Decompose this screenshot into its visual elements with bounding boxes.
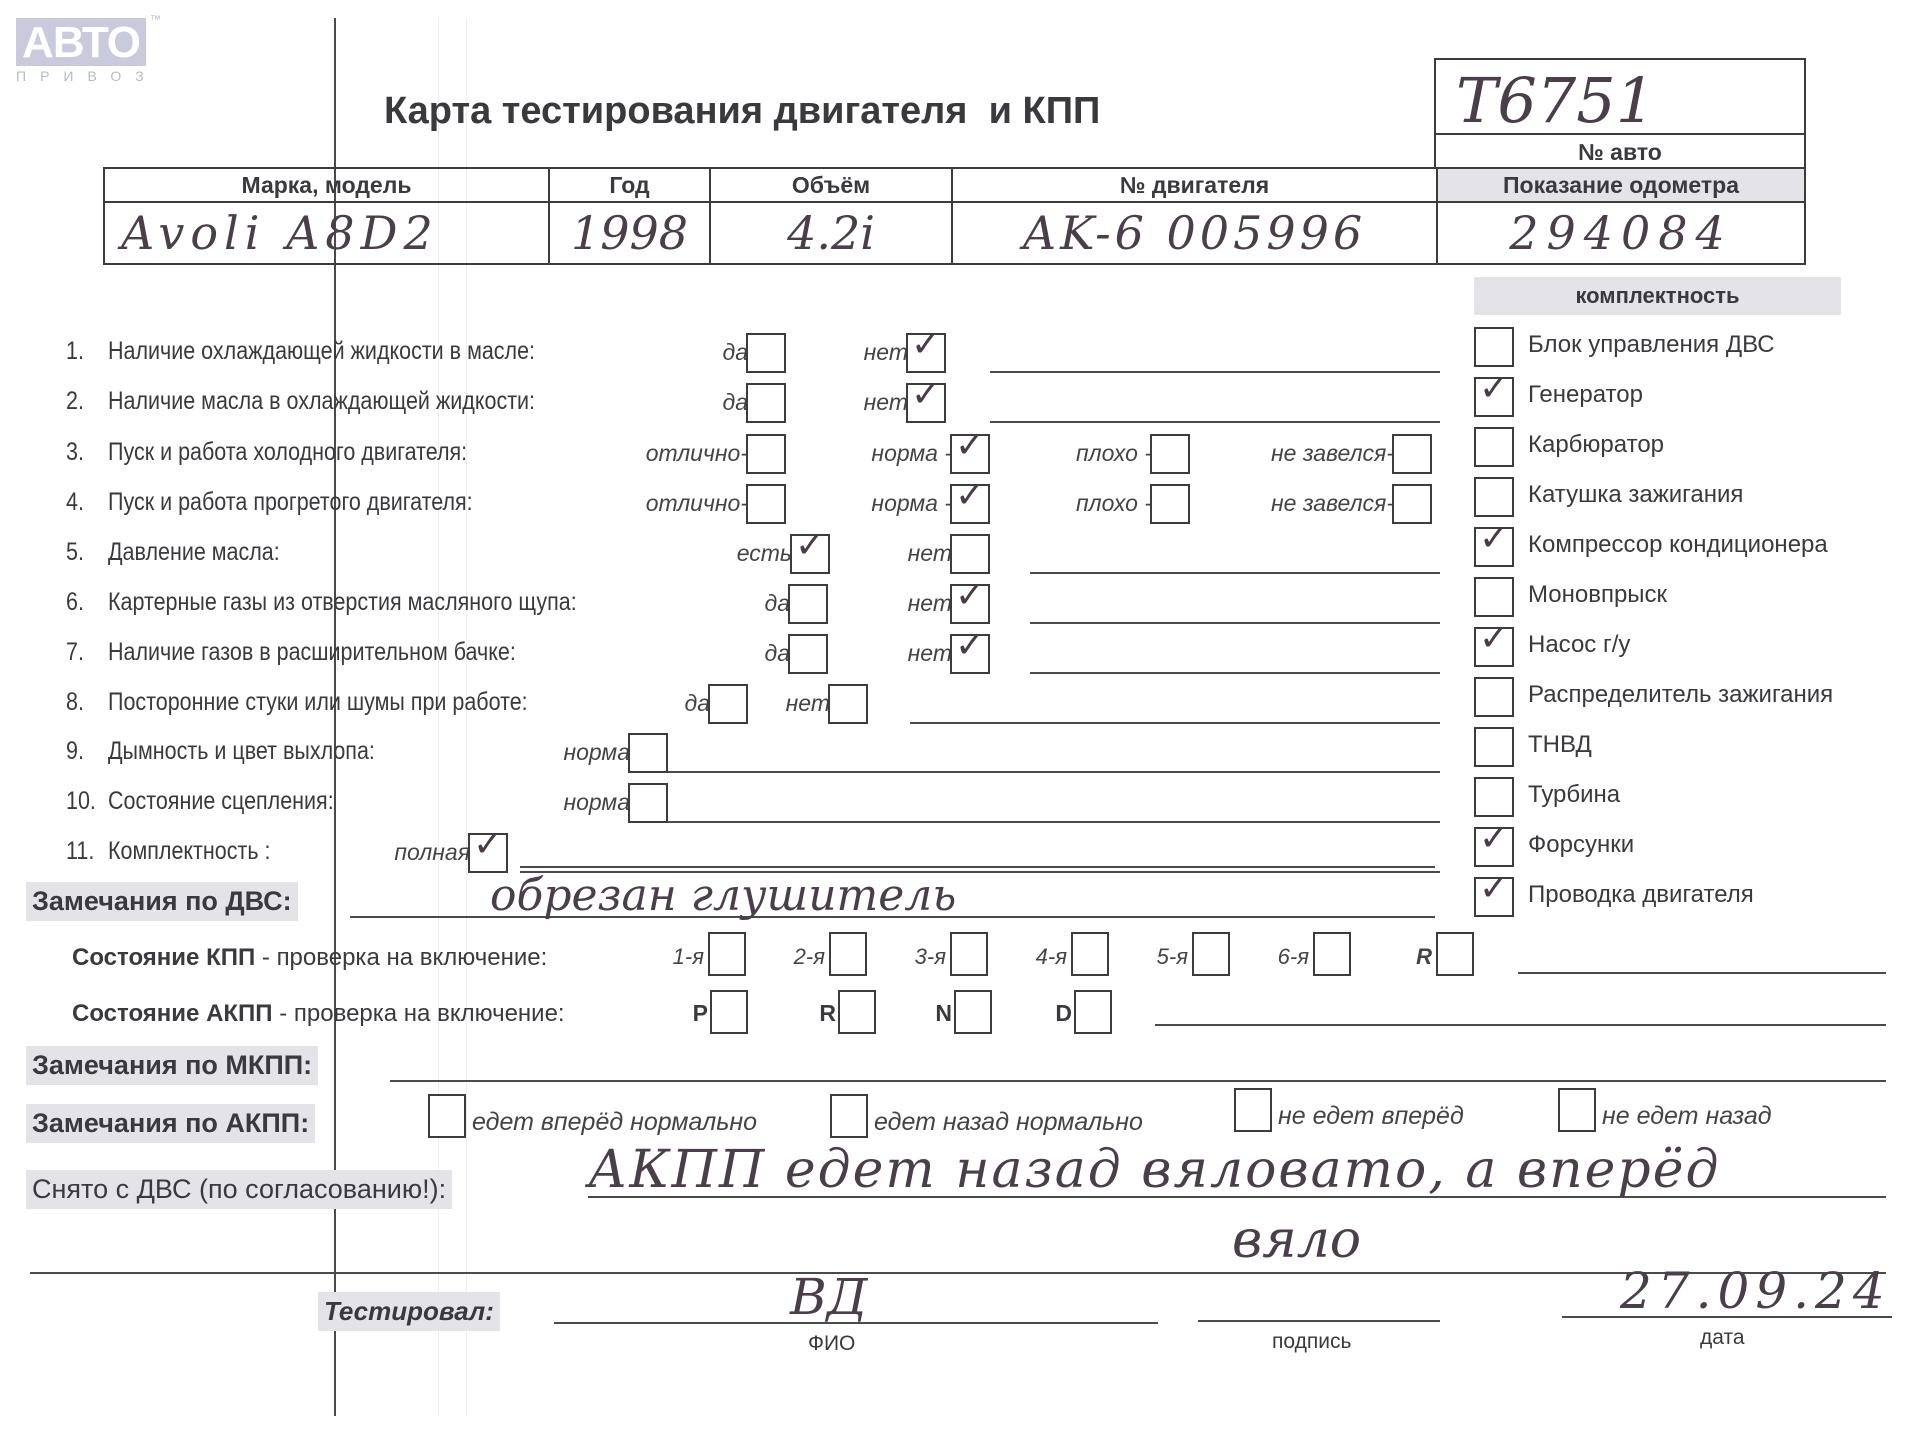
- brand-logo-subtitle: ПРИВОЗ: [16, 68, 158, 84]
- checklist-row-number: 6.: [66, 588, 84, 617]
- value-make-model: Avoli A8D2: [104, 202, 549, 264]
- akpp-option-label: едет вперёд нормально: [472, 1108, 757, 1137]
- note-line: [1030, 622, 1440, 624]
- option-label: не завелся-: [1271, 490, 1394, 517]
- option-checkbox[interactable]: [788, 584, 828, 624]
- checklist-row-number: 7.: [66, 638, 84, 667]
- akpp-option-label: едет назад нормально: [874, 1108, 1143, 1137]
- gear-label: 6-я: [1278, 944, 1309, 970]
- test-date[interactable]: 27.09.24: [1620, 1262, 1891, 1320]
- note-line: [990, 371, 1440, 373]
- removed-line-2: [30, 1272, 1886, 1274]
- completeness-item-label: Насос г/у: [1528, 631, 1630, 659]
- option-label: да: [684, 690, 710, 717]
- option-checkbox[interactable]: ✓: [906, 333, 946, 373]
- option-checkbox[interactable]: [708, 684, 748, 724]
- completeness-checkbox[interactable]: [1474, 427, 1514, 467]
- gear-checkbox[interactable]: [1074, 990, 1112, 1034]
- manual-gearbox-note-line: [1518, 972, 1886, 974]
- checklist-row-number: 3.: [66, 438, 84, 467]
- trademark-mark: ™: [150, 14, 161, 26]
- checklist-row-number: 9.: [66, 737, 84, 766]
- date-caption: дата: [1700, 1326, 1745, 1350]
- mkpp-remarks-label: Замечания по МКПП:: [26, 1046, 318, 1085]
- checkmark-icon: ✓: [1479, 621, 1509, 657]
- gear-label: P: [693, 1000, 708, 1027]
- option-checkbox[interactable]: [1392, 434, 1432, 474]
- checkmark-icon: ✓: [911, 327, 941, 363]
- value-volume: 4.2i: [710, 202, 952, 264]
- auto-gearbox-subtitle: - проверка на включение:: [273, 1000, 565, 1027]
- auto-gearbox-title: Состояние АКПП: [72, 1000, 273, 1027]
- akpp-option-label: не едет назад: [1602, 1102, 1772, 1131]
- engine-remarks-label: Замечания по ДВС:: [26, 882, 298, 921]
- header-make-model: Марка, модель: [104, 168, 549, 202]
- checkmark-icon: ✓: [1479, 371, 1509, 407]
- checklist-row-number: 10.: [66, 787, 96, 816]
- manual-gearbox-subtitle: - проверка на включение:: [255, 944, 547, 971]
- gear-checkbox[interactable]: [1192, 932, 1230, 976]
- akpp-option-checkbox[interactable]: [830, 1094, 868, 1138]
- option-label: нет: [908, 640, 952, 667]
- removed-label: Снято с ДВС (по согласованию!):: [26, 1170, 452, 1209]
- completeness-checkbox[interactable]: [1474, 677, 1514, 717]
- completeness-item-label: Компрессор кондиционера: [1528, 531, 1828, 559]
- engine-remarks-value[interactable]: обрезан глушитель: [490, 870, 956, 921]
- option-label: есть: [737, 540, 792, 567]
- akpp-option-label: не едет вперёд: [1278, 1102, 1464, 1131]
- header-year: Год: [549, 168, 710, 202]
- checklist-row-label: Состояние сцепления:: [108, 787, 334, 816]
- option-label: плохо -: [1076, 440, 1152, 467]
- checkmark-icon: ✓: [955, 578, 985, 614]
- option-label: норма -: [871, 440, 952, 467]
- option-checkbox[interactable]: [746, 333, 786, 373]
- option-checkbox[interactable]: ✓: [468, 833, 508, 873]
- page-title: Карта тестирования двигателя и КПП: [384, 90, 1100, 133]
- note-line: [668, 771, 1440, 773]
- gear-label: 2-я: [794, 944, 825, 970]
- tester-name-line: [554, 1322, 1158, 1324]
- tested-by-label: Тестировал:: [318, 1292, 500, 1331]
- gear-label: 1-я: [673, 944, 704, 970]
- option-checkbox[interactable]: [746, 383, 786, 423]
- date-line: [1562, 1316, 1892, 1318]
- gear-label: 5-я: [1157, 944, 1188, 970]
- completeness-checkbox[interactable]: [1474, 327, 1514, 367]
- gear-checkbox[interactable]: [708, 932, 746, 976]
- option-checkbox[interactable]: ✓: [950, 484, 990, 524]
- checkmark-icon: ✓: [955, 478, 985, 514]
- checklist-row-number: 8.: [66, 688, 84, 717]
- tester-name[interactable]: ВД: [790, 1268, 867, 1326]
- option-label: не завелся-: [1271, 440, 1394, 467]
- checkmark-icon: ✓: [473, 827, 503, 863]
- checklist-row-label: Пуск и работа прогретого двигателя:: [108, 488, 473, 517]
- completeness-checkbox[interactable]: ✓: [1474, 827, 1514, 867]
- checklist-row-number: 4.: [66, 488, 84, 517]
- checklist-row-label: Наличие газов в расширительном бачке:: [108, 638, 516, 667]
- completeness-checkbox[interactable]: [1474, 727, 1514, 767]
- gear-label: R: [819, 1000, 836, 1027]
- completeness-checkbox[interactable]: ✓: [1474, 377, 1514, 417]
- checklist-row-label: Наличие охлаждающей жидкости в масле:: [108, 337, 535, 366]
- completeness-item-label: Моновпрыск: [1528, 581, 1667, 609]
- gear-checkbox[interactable]: [710, 990, 748, 1034]
- value-engine-number: AK-6 005996: [952, 202, 1437, 264]
- completeness-checkbox[interactable]: ✓: [1474, 627, 1514, 667]
- gear-checkbox[interactable]: [838, 990, 876, 1034]
- option-label: да: [764, 590, 790, 617]
- checklist-row-number: 2.: [66, 387, 84, 416]
- gear-checkbox[interactable]: [954, 990, 992, 1034]
- note-line: [990, 421, 1440, 423]
- completeness-item-label: Блок управления ДВС: [1528, 331, 1775, 359]
- completeness-checkbox[interactable]: [1474, 477, 1514, 517]
- completeness-checkbox[interactable]: ✓: [1474, 877, 1514, 917]
- note-line: [1030, 572, 1440, 574]
- option-label: нет: [786, 690, 830, 717]
- vehicle-info-table: Марка, модель Год Объём № двигателя Пока…: [103, 167, 1806, 265]
- checklist-row-label: Давление масла:: [108, 538, 280, 567]
- header-volume: Объём: [710, 168, 952, 202]
- option-label: отлично-: [646, 490, 748, 517]
- checklist-row-label: Дымность и цвет выхлопа:: [108, 737, 375, 766]
- auto-number-box: T6751: [1434, 58, 1806, 135]
- auto-gearbox-note-line: [1155, 1024, 1886, 1026]
- completeness-item-label: Турбина: [1528, 781, 1620, 809]
- option-label: полная: [394, 839, 470, 866]
- checklist-row-number: 11.: [66, 837, 94, 866]
- option-checkbox[interactable]: [628, 733, 668, 773]
- gear-label: R: [1416, 944, 1432, 970]
- checkmark-icon: ✓: [911, 377, 941, 413]
- completeness-item-label: Генератор: [1528, 381, 1643, 409]
- option-checkbox[interactable]: [746, 434, 786, 474]
- option-label: плохо -: [1076, 490, 1152, 517]
- gear-label: N: [935, 1000, 952, 1027]
- completeness-item-label: ТНВД: [1528, 731, 1592, 759]
- completeness-header: комплектность: [1474, 277, 1841, 315]
- gear-checkbox[interactable]: [829, 932, 867, 976]
- option-label: нет: [908, 590, 952, 617]
- checkmark-icon: ✓: [1479, 821, 1509, 857]
- completeness-item-label: Форсунки: [1528, 831, 1634, 859]
- signature-caption: подпись: [1272, 1330, 1351, 1354]
- akpp-option-checkbox[interactable]: [1234, 1088, 1272, 1132]
- checklist-row-label: Наличие масла в охлаждающей жидкости:: [108, 387, 535, 416]
- option-label: отлично-: [646, 440, 748, 467]
- option-label: норма -: [871, 490, 952, 517]
- auto-number-label: № авто: [1434, 133, 1806, 169]
- checklist-row-label: Пуск и работа холодного двигателя:: [108, 438, 467, 467]
- option-label: да: [764, 640, 790, 667]
- option-checkbox[interactable]: [1392, 484, 1432, 524]
- checklist-row-label: Комплектность :: [108, 837, 270, 866]
- manual-gearbox-title: Состояние КПП: [72, 944, 255, 971]
- completeness-item-label: Проводка двигателя: [1528, 881, 1754, 909]
- signature-line: [1198, 1320, 1440, 1322]
- gear-label: D: [1055, 1000, 1072, 1027]
- gear-label: 3-я: [915, 944, 946, 970]
- gear-checkbox[interactable]: [1071, 932, 1109, 976]
- header-odometer: Показание одометра: [1437, 168, 1805, 202]
- option-checkbox[interactable]: ✓: [790, 534, 830, 574]
- option-checkbox[interactable]: [1150, 484, 1190, 524]
- auto-gearbox-label: Состояние АКПП - проверка на включение:: [72, 1000, 565, 1028]
- option-checkbox[interactable]: [1150, 434, 1190, 474]
- completeness-checkbox[interactable]: [1474, 577, 1514, 617]
- option-checkbox[interactable]: [950, 534, 990, 574]
- checkmark-icon: ✓: [955, 628, 985, 664]
- note-line: [1030, 672, 1440, 674]
- option-label: норма: [563, 739, 630, 766]
- completeness-item-label: Карбюратор: [1528, 431, 1664, 459]
- option-checkbox[interactable]: [828, 684, 868, 724]
- akpp-option-checkbox[interactable]: [428, 1094, 466, 1138]
- gear-label: 4-я: [1036, 944, 1067, 970]
- option-checkbox[interactable]: ✓: [950, 584, 990, 624]
- option-label: нет: [864, 389, 908, 416]
- option-checkbox[interactable]: ✓: [906, 383, 946, 423]
- checklist-row-number: 1.: [66, 337, 84, 366]
- value-odometer: 294084: [1437, 202, 1805, 264]
- completeness-item-label: Катушка зажигания: [1528, 481, 1743, 509]
- option-label: нет: [864, 339, 908, 366]
- option-label: да: [722, 339, 748, 366]
- gear-checkbox[interactable]: [950, 932, 988, 976]
- auto-number-value: T6751: [1456, 64, 1655, 137]
- tester-name-caption: ФИО: [808, 1332, 855, 1356]
- gear-checkbox[interactable]: [1436, 932, 1474, 976]
- checkmark-icon: ✓: [795, 528, 825, 564]
- mkpp-remarks-line: [390, 1080, 1886, 1082]
- checkmark-icon: ✓: [1479, 871, 1509, 907]
- completeness-checkbox[interactable]: ✓: [1474, 527, 1514, 567]
- option-checkbox[interactable]: [628, 783, 668, 823]
- completeness-item-label: Распределитель зажигания: [1528, 681, 1833, 709]
- option-checkbox[interactable]: ✓: [950, 634, 990, 674]
- option-label: нет: [908, 540, 952, 567]
- brand-logo: АВТО: [16, 18, 146, 66]
- removed-value-line-2[interactable]: вяло: [1232, 1210, 1361, 1270]
- checkmark-icon: ✓: [955, 428, 985, 464]
- manual-gearbox-label: Состояние КПП - проверка на включение:: [72, 944, 547, 972]
- completeness-checkbox[interactable]: [1474, 777, 1514, 817]
- note-line: [668, 821, 1440, 823]
- checklist-row-number: 5.: [66, 538, 84, 567]
- note-line: [910, 722, 1440, 724]
- option-label: да: [722, 389, 748, 416]
- option-checkbox[interactable]: [788, 634, 828, 674]
- option-checkbox[interactable]: ✓: [950, 434, 990, 474]
- option-label: норма: [563, 789, 630, 816]
- checkmark-icon: ✓: [1479, 521, 1509, 557]
- checklist-row-label: Посторонние стуки или шумы при работе:: [108, 688, 528, 717]
- checklist-row-label: Картерные газы из отверстия масляного щу…: [108, 588, 577, 617]
- header-engine-number: № двигателя: [952, 168, 1437, 202]
- removed-value-line-1[interactable]: АКПП едет назад вяловато, а вперёд: [588, 1140, 1720, 1200]
- option-checkbox[interactable]: [746, 484, 786, 524]
- value-year: 1998: [549, 202, 710, 264]
- gear-checkbox[interactable]: [1313, 932, 1351, 976]
- akpp-remarks-label: Замечания по АКПП:: [26, 1104, 315, 1143]
- akpp-option-checkbox[interactable]: [1558, 1088, 1596, 1132]
- completeness-note-line: [520, 866, 1435, 868]
